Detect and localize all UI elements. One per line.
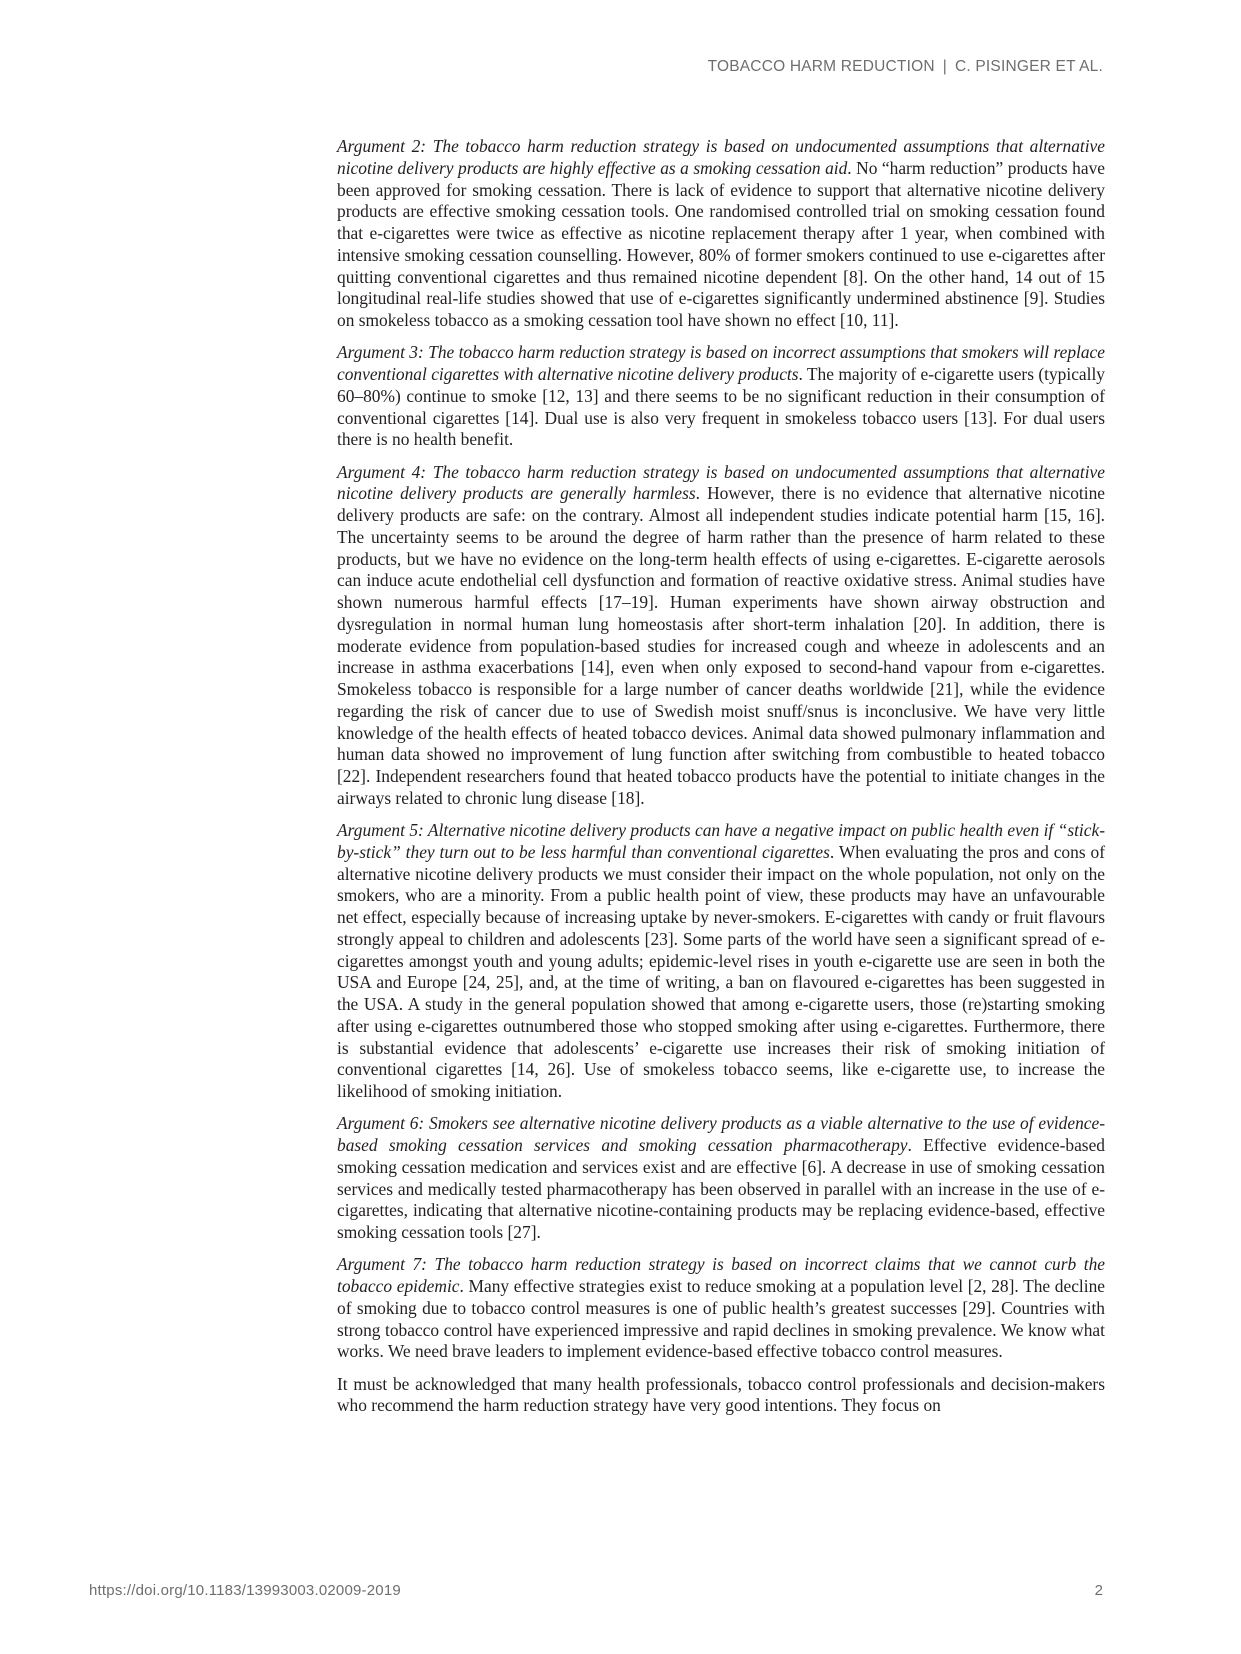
paragraph-argument-4: Argument 4: The tobacco harm reduction s…: [337, 462, 1105, 810]
running-authors: C. PISINGER ET AL.: [955, 58, 1103, 75]
paragraph-argument-5: Argument 5: Alternative nicotine deliver…: [337, 820, 1105, 1103]
page-number: 2: [1095, 1582, 1103, 1599]
paragraph-argument-3: Argument 3: The tobacco harm reduction s…: [337, 342, 1105, 451]
paragraph-body: . However, there is no evidence that alt…: [337, 483, 1105, 808]
running-head: TOBACCO HARM REDUCTION|C. PISINGER ET AL…: [708, 58, 1103, 76]
header-separator: |: [935, 58, 955, 75]
doi-link[interactable]: https://doi.org/10.1183/13993003.02009-2…: [89, 1582, 401, 1599]
paragraph-argument-2: Argument 2: The tobacco harm reduction s…: [337, 136, 1105, 332]
paragraph-argument-6: Argument 6: Smokers see alternative nico…: [337, 1113, 1105, 1244]
paragraph-argument-7: Argument 7: The tobacco harm reduction s…: [337, 1254, 1105, 1363]
paragraph-body: . No “harm reduction” products have been…: [337, 158, 1105, 330]
paragraph-body: . When evaluating the pros and cons of a…: [337, 842, 1105, 1101]
paragraph-body: It must be acknowledged that many health…: [337, 1374, 1105, 1416]
running-title: TOBACCO HARM REDUCTION: [708, 58, 935, 75]
paragraph-acknowledgement: It must be acknowledged that many health…: [337, 1374, 1105, 1418]
article-body: Argument 2: The tobacco harm reduction s…: [337, 136, 1105, 1428]
